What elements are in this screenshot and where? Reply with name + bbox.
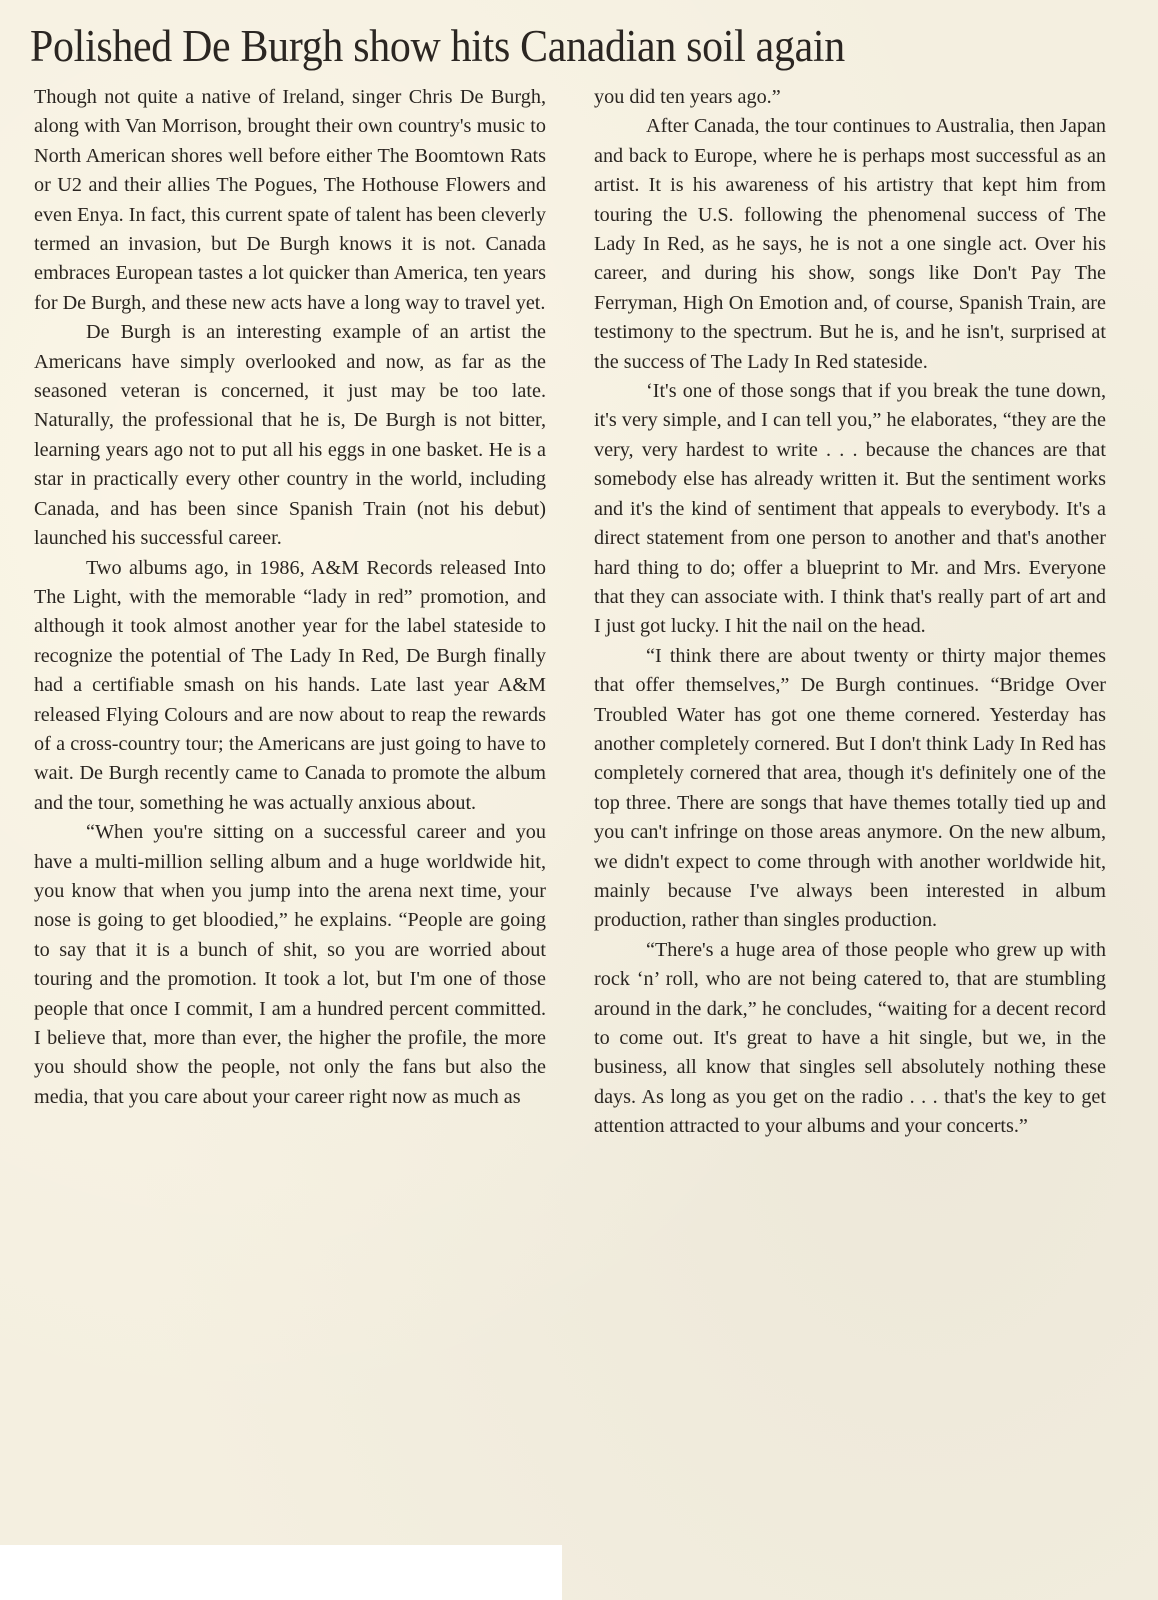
blank-cutout-region <box>0 1545 562 1600</box>
article-column-left: Though not quite a native of Ireland, si… <box>34 83 546 1112</box>
paragraph: you did ten years ago.” <box>594 83 1106 112</box>
paragraph: “There's a huge area of those people who… <box>594 936 1106 1142</box>
paragraph: Though not quite a native of Ireland, si… <box>34 83 546 318</box>
article-headline: Polished De Burgh show hits Canadian soi… <box>30 18 1062 74</box>
paragraph: “When you're sitting on a successful car… <box>34 818 546 1112</box>
paragraph: De Burgh is an interesting example of an… <box>34 318 546 553</box>
article-column-right: you did ten years ago.” After Canada, th… <box>594 83 1106 1142</box>
paragraph: “I think there are about twenty or thirt… <box>594 642 1106 936</box>
paragraph: After Canada, the tour continues to Aust… <box>594 112 1106 377</box>
paragraph: ‘It's one of those songs that if you bre… <box>594 377 1106 642</box>
paragraph: Two albums ago, in 1986, A&M Records rel… <box>34 554 546 819</box>
